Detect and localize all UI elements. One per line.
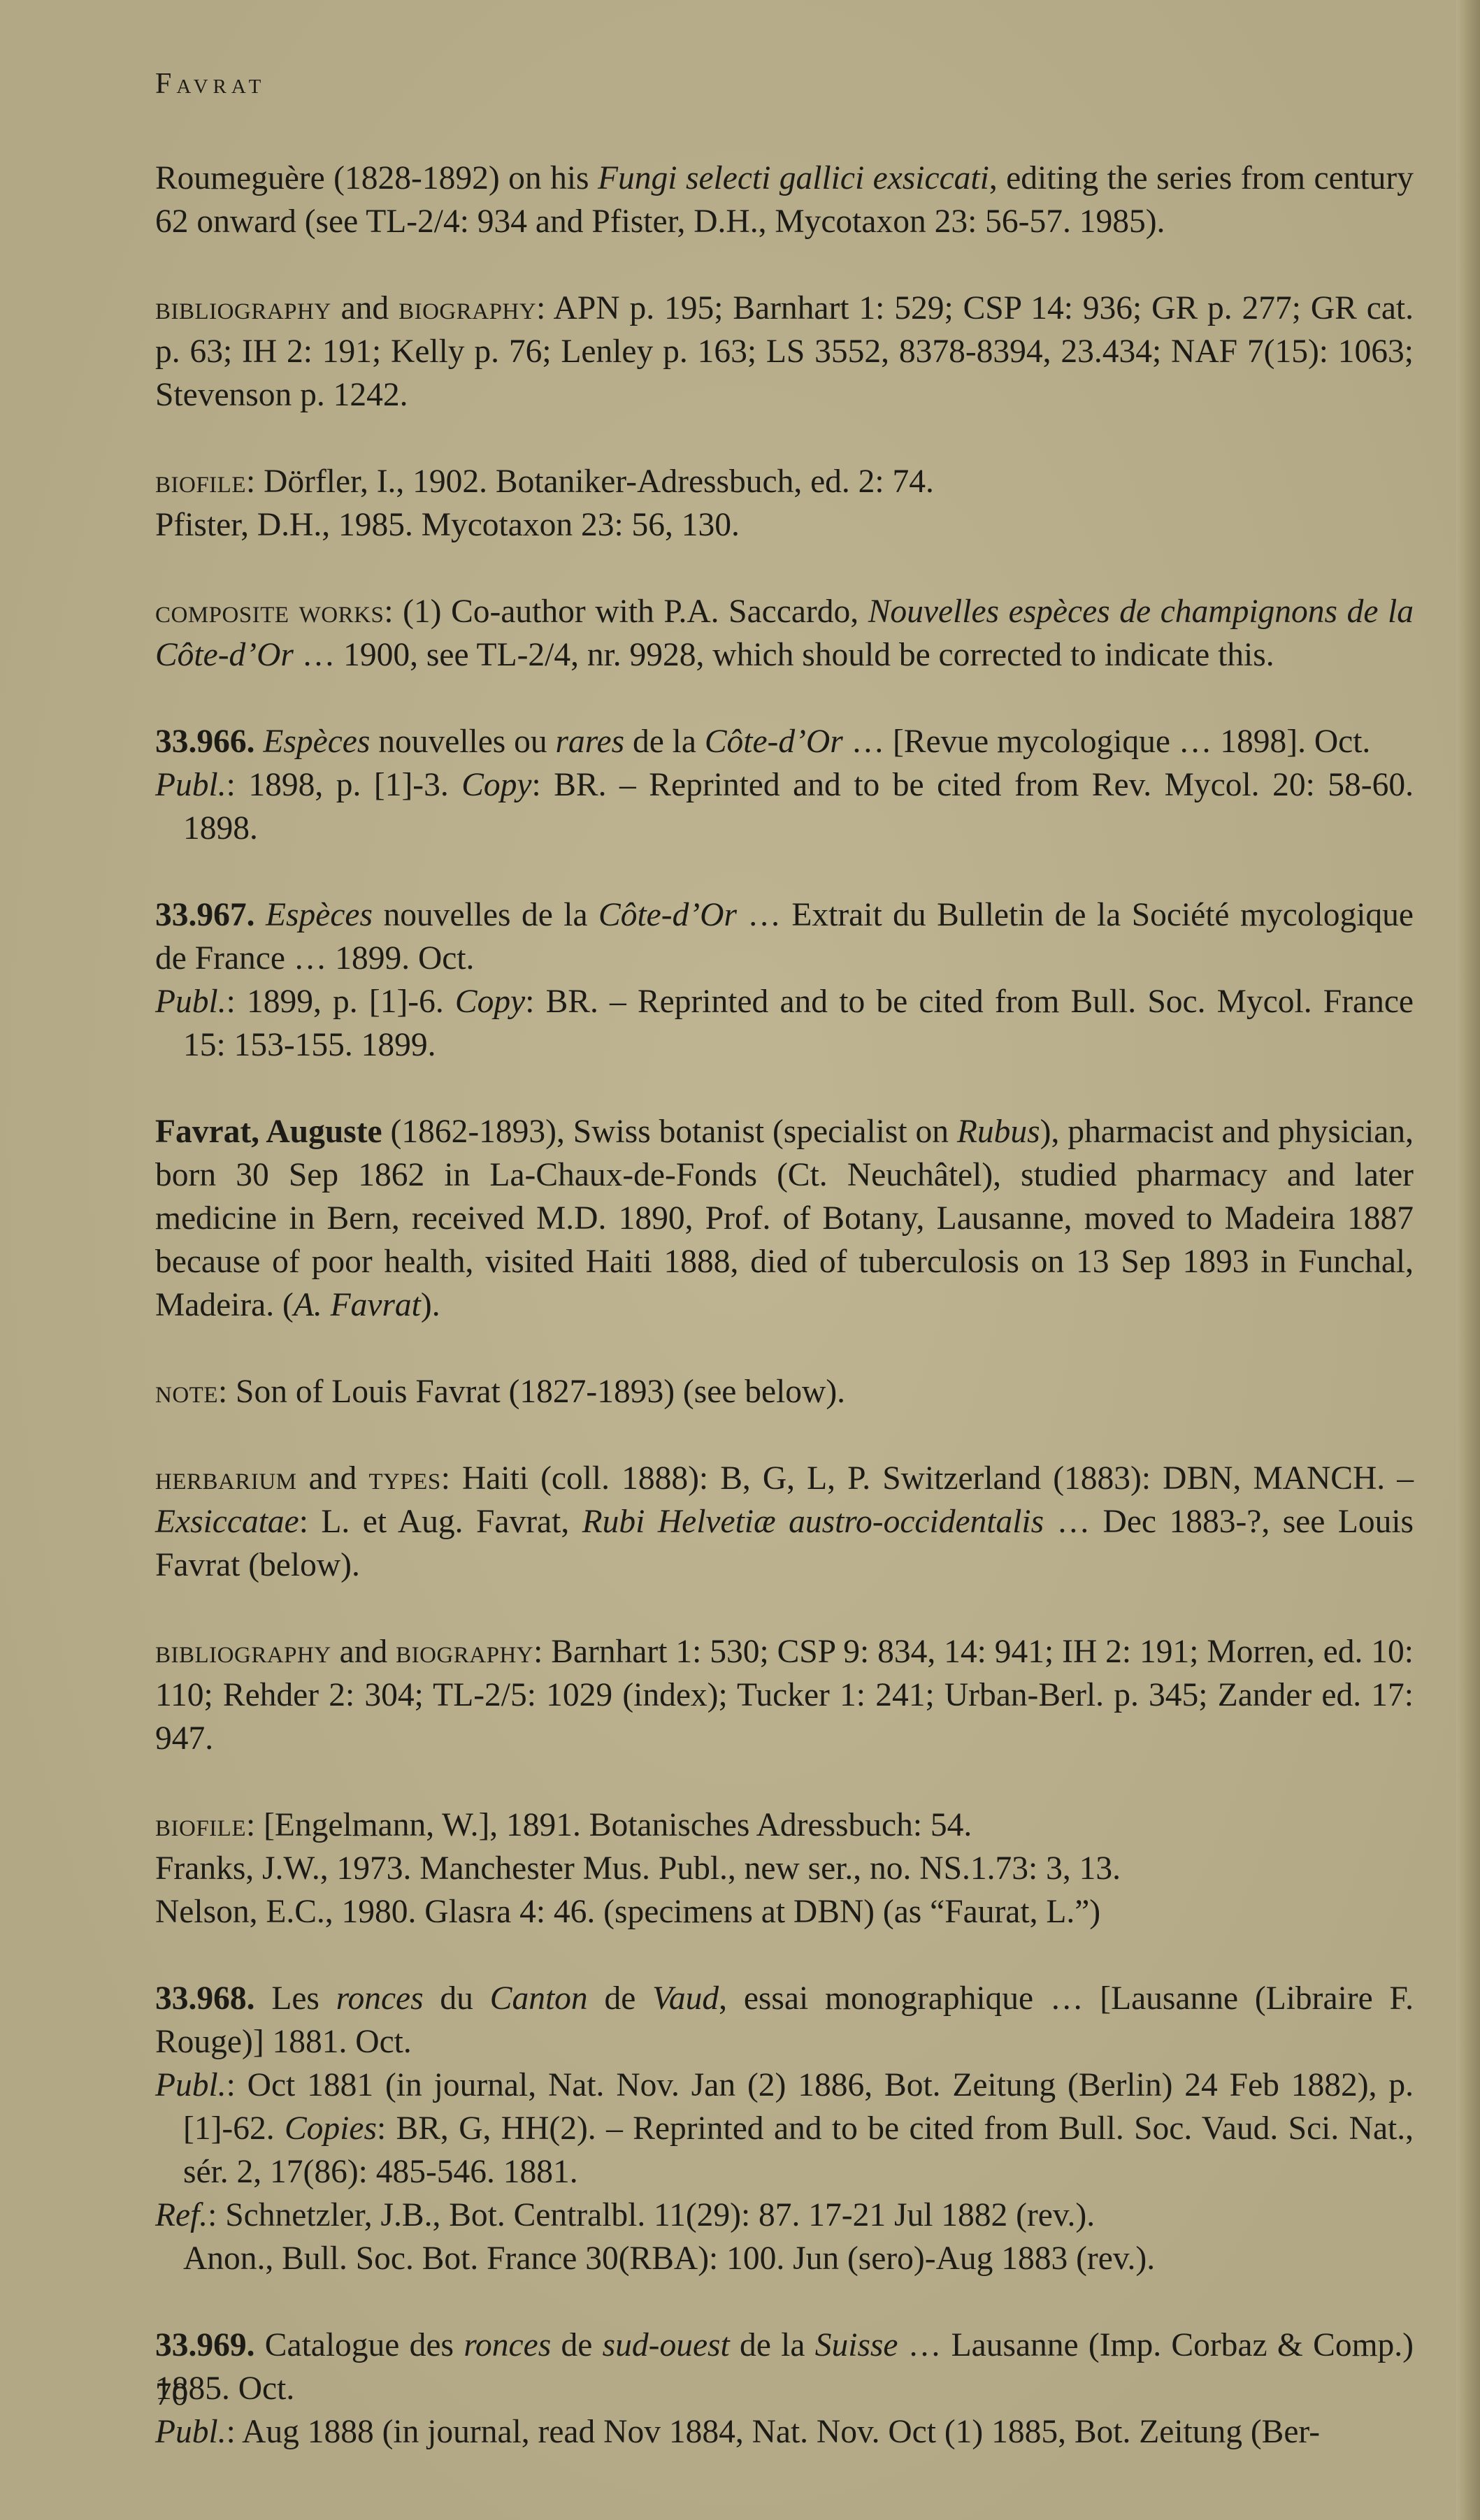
- author-name: Favrat, Auguste: [155, 1114, 382, 1150]
- entry-publication: Publ.: 1899, p. [1]-6. Copy: BR. – Repri…: [155, 980, 1414, 1067]
- entry-number: 33.968.: [155, 1980, 255, 2017]
- title-italic-fragment: Espèces: [263, 723, 370, 760]
- note-section: note: Son of Louis Favrat (1827-1893) (s…: [155, 1370, 1414, 1413]
- entry-publication: Publ.: Aug 1888 (in journal, read Nov 18…: [155, 2410, 1414, 2454]
- title-italic-fragment: Suisse: [815, 2327, 898, 2363]
- section-label: bibliography: [155, 290, 331, 326]
- title-italic-fragment: Espèces: [266, 897, 373, 933]
- entry-title: 33.969. Catalogue des ronces de sud-oues…: [155, 2324, 1414, 2410]
- section-label: herbarium: [155, 1460, 297, 1497]
- title-fragment: de la: [624, 723, 705, 760]
- section-label: biography: [396, 1634, 533, 1670]
- section-label: biofile: [155, 1807, 246, 1843]
- title-fragment: de: [588, 1980, 652, 2017]
- title-fragment: nouvelles ou: [370, 723, 555, 760]
- title-italic-fragment: Côte-d’Or: [705, 723, 843, 760]
- title-fragment: [255, 723, 264, 760]
- page-edge-shadow: [1456, 0, 1480, 2520]
- title-italic-fragment: Vaud: [652, 1980, 719, 2017]
- herbarium-section: herbarium and types: Haiti (coll. 1888):…: [155, 1457, 1414, 1587]
- title-italic-fragment: Canton: [490, 1980, 588, 2017]
- entry-title: 33.966. Espèces nouvelles ou rares de la…: [155, 720, 1414, 763]
- title-fragment: [255, 897, 266, 933]
- section-label: biography: [398, 290, 536, 326]
- entry-title-text: Catalogue des ronces de sud-ouest de la …: [155, 2327, 1414, 2407]
- title-fragment: Les: [255, 1980, 336, 2017]
- entry-number: 33.967.: [155, 897, 255, 933]
- page-content: Favrat Roumeguère (1828-1892) on his Fun…: [155, 64, 1414, 2497]
- entry-number: 33.966.: [155, 723, 255, 760]
- title-fragment: du: [424, 1980, 490, 2017]
- section-label: bibliography: [155, 1634, 331, 1670]
- running-head: Favrat: [155, 64, 1414, 103]
- entry-references: Ref.: Schnetzler, J.B., Bot. Centralbl. …: [155, 2194, 1414, 2237]
- entry-33-966: 33.966. Espèces nouvelles ou rares de la…: [155, 720, 1414, 850]
- entry-number: 33.969.: [155, 2327, 255, 2363]
- entry-33-968: 33.968. Les ronces du Canton de Vaud, es…: [155, 1977, 1414, 2280]
- intro-continuation: Roumeguère (1828-1892) on his Fungi sele…: [155, 157, 1414, 243]
- entry-title: 33.967. Espèces nouvelles de la Côte-d’O…: [155, 893, 1414, 980]
- bibliography-section-b: bibliography and biography: Barnhart 1: …: [155, 1630, 1414, 1760]
- title-fragment: … [Revue mycologique … 1898]. Oct.: [843, 723, 1371, 760]
- section-label: note: [155, 1374, 218, 1410]
- entry-publication: Publ.: 1898, p. [1]-3. Copy: BR. – Repri…: [155, 763, 1414, 850]
- section-label: composite works: [155, 593, 384, 630]
- biofile-section-b: biofile: [Engelmann, W.], 1891. Botanisc…: [155, 1803, 1414, 1934]
- author-biography-auguste-favrat: Favrat, Auguste (1862-1893), Swiss botan…: [155, 1110, 1414, 1327]
- entry-33-969: 33.969. Catalogue des ronces de sud-oues…: [155, 2324, 1414, 2454]
- bibliography-section-a: bibliography and biography: APN p. 195; …: [155, 287, 1414, 417]
- entry-title-text: Les ronces du Canton de Vaud, essai mono…: [155, 1980, 1414, 2060]
- page-number: 70: [155, 2373, 188, 2415]
- entry-publication: Publ.: Oct 1881 (in journal, Nat. Nov. J…: [155, 2064, 1414, 2194]
- section-label: types: [368, 1460, 440, 1497]
- entry-33-967: 33.967. Espèces nouvelles de la Côte-d’O…: [155, 893, 1414, 1067]
- title-italic-fragment: sud-ouest: [603, 2327, 730, 2363]
- section-label: biofile: [155, 463, 246, 500]
- title-italic-fragment: Côte-d’Or: [598, 897, 737, 933]
- title-fragment: de la: [730, 2327, 815, 2363]
- title-italic-fragment: ronces: [464, 2327, 551, 2363]
- composite-works-section: composite works: (1) Co-author with P.A.…: [155, 590, 1414, 677]
- title-fragment: Catalogue des: [255, 2327, 464, 2363]
- entry-title: 33.968. Les ronces du Canton de Vaud, es…: [155, 1977, 1414, 2064]
- title-italic-fragment: ronces: [336, 1980, 424, 2017]
- entry-title-text: Espèces nouvelles ou rares de la Côte-d’…: [255, 723, 1371, 760]
- title-italic-fragment: rares: [556, 723, 625, 760]
- title-fragment: nouvelles de la: [373, 897, 598, 933]
- entry-title-text: Espèces nouvelles de la Côte-d’Or … Extr…: [155, 897, 1414, 977]
- title-fragment: de: [551, 2327, 602, 2363]
- biofile-section-a: biofile: Dörfler, I., 1902. Botaniker-Ad…: [155, 460, 1414, 547]
